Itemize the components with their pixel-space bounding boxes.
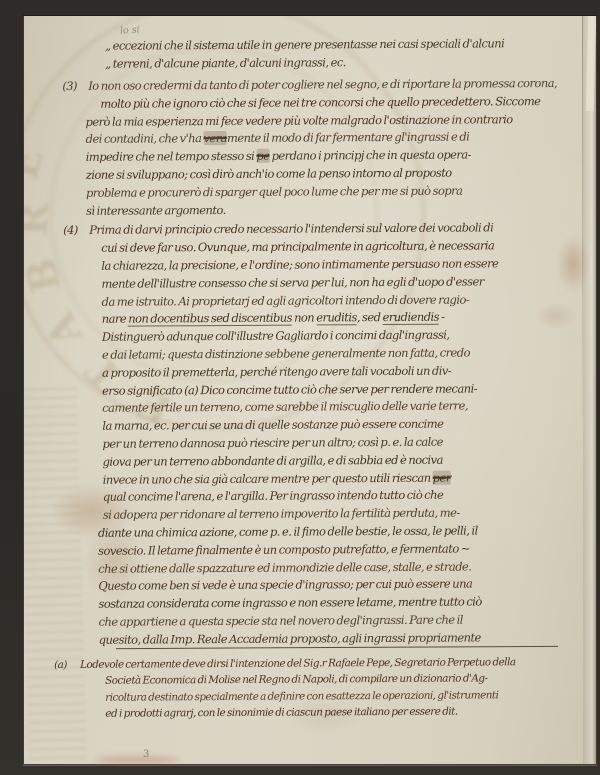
line-text: - [439,310,445,324]
line-text: invece in uno che sia già calcare mentre… [103,470,433,486]
footnote-marker: (a) [54,657,67,673]
struck-word: pe [256,149,269,163]
line-text: Lodevole certamente deve dirsi l'intenzi… [80,656,516,671]
pencil-annotation: lo si [120,24,140,36]
line-text: dei contadini, che v'ha [86,132,204,147]
scan-background: E R B A T E lo si „ eccezioni che il sis… [0,0,600,775]
line-text: non [292,311,316,325]
line-text: nare [102,312,129,326]
latin-underlined: erudiendis [383,310,439,325]
stamp-letter: R [24,202,58,237]
footnote-line: ed i prodotti agrarj, con le sinonimie d… [60,703,588,723]
paragraph-marker: (4) [63,222,78,240]
struck-word: vera [203,131,227,145]
border-smudge [95,756,180,764]
line-text: Io non oso credermi da tanto di poter co… [88,76,557,93]
line-text: mente il modo di far fermentare gl'ingra… [227,130,469,145]
stamp-letter: E [24,143,53,185]
manuscript-page: E R B A T E lo si „ eccezioni che il sis… [24,16,596,764]
struck-word: per [433,470,451,484]
manuscript-line: „ terreni, d'alcune piante, d'alcuni ing… [60,53,588,74]
paragraph-marker: (3) [62,78,77,96]
latin-underlined: non docentibus sed discentibus [128,311,292,327]
manuscript-text: „ eccezioni che il sistema utile in gene… [60,35,592,650]
line-text: perdano i principj che in questa opera- [269,148,471,163]
line-text: , sed [357,310,383,324]
line-text: impedire che nel tempo stesso si [86,149,257,164]
footnote-text: (a)Lodevole certamente deve dirsi l'inte… [60,654,588,723]
line-text: Prima di darvi principio credo necessari… [89,221,493,237]
latin-underlined: eruditis [316,311,357,326]
manuscript-line: sì interessante argomento. [61,199,589,220]
